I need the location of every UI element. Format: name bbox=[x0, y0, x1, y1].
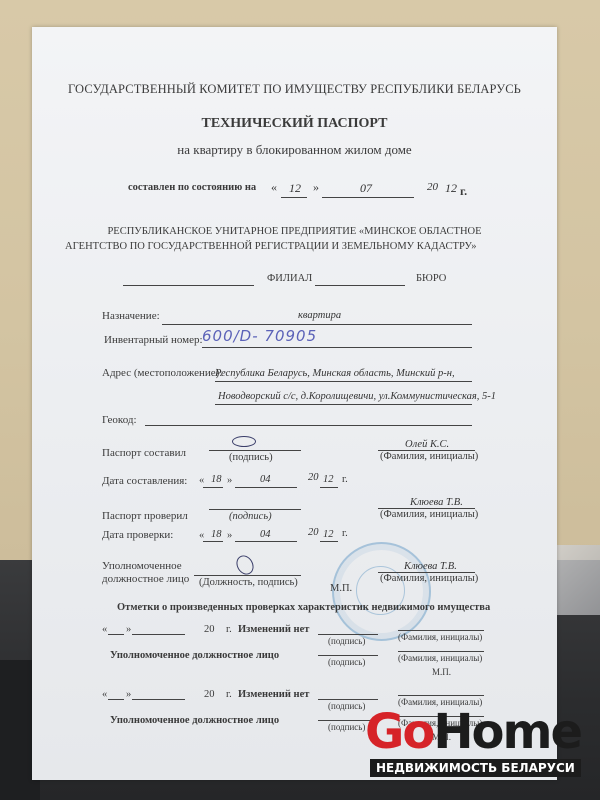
check-date-day-line bbox=[203, 541, 223, 542]
compile-date-year-suffix: г. bbox=[342, 474, 348, 485]
check2-signature-line bbox=[318, 699, 378, 700]
address-line-1-rule bbox=[215, 381, 472, 382]
check2-year-suffix: г. bbox=[226, 689, 232, 700]
check1-authorized-label: Уполномоченное должностное лицо bbox=[110, 650, 279, 661]
compile-date-year-prefix: 20 bbox=[308, 472, 319, 483]
check1-year-suffix: г. bbox=[226, 624, 232, 635]
document-subtitle: на квартиру в блокированном жилом доме bbox=[32, 142, 557, 158]
purpose-value: квартира bbox=[298, 310, 341, 321]
check1-name-caption: (Фамилия, инициалы) bbox=[398, 632, 482, 642]
logo-go: Go bbox=[365, 704, 433, 760]
inventory-number-label: Инвентарный номер: bbox=[104, 334, 203, 346]
branch-line bbox=[123, 285, 254, 286]
check-date-month: 04 bbox=[260, 529, 271, 540]
compiled-by-label: Паспорт составил bbox=[102, 447, 186, 459]
gohome-watermark-logo: GoHome НЕДВИЖИМОСТЬ БЕЛАРУСИ bbox=[365, 707, 581, 757]
check2-name-line bbox=[398, 695, 484, 696]
check-date-month-line bbox=[235, 541, 297, 542]
state-date-year: 12 bbox=[445, 181, 457, 196]
compile-date-day-line bbox=[203, 487, 223, 488]
bureau-label: БЮРО bbox=[416, 273, 446, 284]
compile-date-year-line bbox=[320, 487, 338, 488]
document-title: ТЕХНИЧЕСКИЙ ПАСПОРТ bbox=[32, 116, 557, 132]
authorized-signature-line bbox=[194, 575, 301, 576]
compile-date-label: Дата составления: bbox=[102, 475, 187, 487]
check2-no-changes: Изменений нет bbox=[238, 689, 309, 700]
check1-signature-caption: (подпись) bbox=[328, 636, 365, 646]
address-label: Адрес (местоположение): bbox=[102, 367, 222, 379]
seal-label: М.П. bbox=[330, 583, 352, 594]
check1-day-line bbox=[108, 634, 124, 635]
compiled-signature-caption: (подпись) bbox=[229, 452, 273, 463]
check-date-year: 12 bbox=[323, 529, 334, 540]
purpose-line bbox=[162, 324, 472, 325]
authorized-label-line-2: должностное лицо bbox=[102, 573, 189, 585]
check2-signature-caption: (подпись) bbox=[328, 701, 365, 711]
state-date-label: составлен по состоянию на bbox=[128, 182, 256, 193]
compile-date-month-line bbox=[235, 487, 297, 488]
address-line-2-rule bbox=[215, 404, 472, 405]
state-date-year-suffix: г. bbox=[460, 184, 467, 199]
check2-day-line bbox=[108, 699, 124, 700]
branch-label: ФИЛИАЛ bbox=[267, 273, 312, 284]
checks-section-title: Отметки о произведенных проверках характ… bbox=[117, 602, 490, 613]
check-date-year-line bbox=[320, 541, 338, 542]
check-date-day: 18 bbox=[211, 529, 222, 540]
check-date-year-prefix: 20 bbox=[308, 527, 319, 538]
logo-tagline: НЕДВИЖИМОСТЬ БЕЛАРУСИ bbox=[370, 759, 581, 777]
check2-authorized-label: Уполномоченное должностное лицо bbox=[110, 715, 279, 726]
state-date-close-quote: » bbox=[313, 180, 319, 195]
compile-date-month: 04 bbox=[260, 474, 271, 485]
compiled-signature-icon bbox=[232, 436, 256, 447]
check1-authorized-name-line bbox=[398, 651, 484, 652]
checked-signature-caption: (подпись) bbox=[229, 511, 272, 522]
state-date-year-prefix: 20 bbox=[427, 181, 438, 193]
address-line-2: Новодворский с/с, д.Королищевичи, ул.Ком… bbox=[218, 391, 496, 402]
checked-by-name: Клюева Т.В. bbox=[410, 497, 463, 508]
inventory-number-line bbox=[202, 347, 472, 348]
check1-authorized-signature-caption: (подпись) bbox=[328, 657, 365, 667]
authorized-signature-caption: (Должность, подпись) bbox=[199, 577, 298, 588]
check1-name-line bbox=[398, 630, 484, 631]
check1-signature-line bbox=[318, 634, 378, 635]
state-date-month-line bbox=[322, 197, 414, 198]
organization-line-1: РЕСПУБЛИКАНСКОЕ УНИТАРНОЕ ПРЕДПРИЯТИЕ «М… bbox=[32, 226, 557, 237]
check1-seal: М.П. bbox=[432, 667, 451, 677]
compiled-name-caption: (Фамилия, инициалы) bbox=[380, 451, 478, 462]
check1-year-prefix: 20 bbox=[204, 624, 215, 635]
check-date-label: Дата проверки: bbox=[102, 529, 173, 541]
authorized-name-caption: (Фамилия, инициалы) bbox=[380, 573, 478, 584]
authorized-label-line-1: Уполномоченное bbox=[102, 560, 182, 572]
state-date-day-line bbox=[281, 197, 307, 198]
check2-year-prefix: 20 bbox=[204, 689, 215, 700]
check2-month-line bbox=[132, 699, 185, 700]
check-date-year-suffix: г. bbox=[342, 528, 348, 539]
geocode-line bbox=[145, 425, 472, 426]
technical-passport-page: ГОСУДАРСТВЕННЫЙ КОМИТЕТ ПО ИМУЩЕСТВУ РЕС… bbox=[32, 27, 557, 780]
compile-date-year: 12 bbox=[323, 474, 334, 485]
address-line-1: Республика Беларусь, Минская область, Ми… bbox=[215, 368, 455, 379]
check1-authorized-name-caption: (Фамилия, инициалы) bbox=[398, 653, 482, 663]
compiled-by-name: Олей К.С. bbox=[405, 439, 449, 450]
compile-date-day: 18 bbox=[211, 474, 222, 485]
bureau-line bbox=[315, 285, 405, 286]
compiled-signature-line bbox=[209, 450, 301, 451]
check2-authorized-signature-caption: (подпись) bbox=[328, 722, 365, 732]
inventory-number-value: 600/D- 70905 bbox=[202, 327, 317, 345]
checked-name-caption: (Фамилия, инициалы) bbox=[380, 509, 478, 520]
purpose-label: Назначение: bbox=[102, 310, 160, 322]
check1-month-line bbox=[132, 634, 185, 635]
authorized-signature-icon bbox=[233, 552, 257, 577]
check1-no-changes: Изменений нет bbox=[238, 624, 309, 635]
state-date-month: 07 bbox=[360, 181, 372, 196]
state-date-day: 12 bbox=[289, 181, 301, 196]
geocode-label: Геокод: bbox=[102, 414, 137, 426]
committee-header: ГОСУДАРСТВЕННЫЙ КОМИТЕТ ПО ИМУЩЕСТВУ РЕС… bbox=[32, 82, 557, 97]
organization-line-2: АГЕНТСТВО ПО ГОСУДАРСТВЕННОЙ РЕГИСТРАЦИИ… bbox=[65, 241, 477, 252]
state-date-open-quote: « bbox=[271, 180, 277, 195]
authorized-name: Клюева Т.В. bbox=[404, 561, 457, 572]
checked-by-label: Паспорт проверил bbox=[102, 510, 188, 522]
checked-signature-line bbox=[209, 509, 301, 510]
check1-authorized-signature-line bbox=[318, 655, 378, 656]
logo-home: Home bbox=[433, 704, 581, 760]
